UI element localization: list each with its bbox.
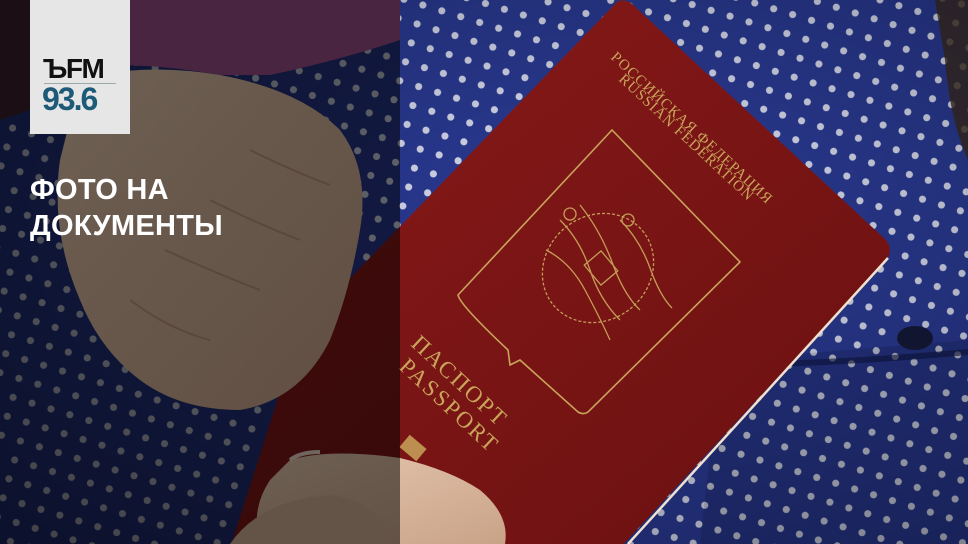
logo-frequency: 93.6 [42, 83, 120, 115]
kommersant-fm-logo: ЪFM 93.6 [30, 0, 130, 134]
logo-brand: ЪFM [43, 55, 119, 83]
cover-card: РОССИЙСКАЯ ФЕДЕРАЦИЯ RUSSIAN FEDERATION … [0, 0, 968, 544]
title-line-1: ФОТО НА [30, 172, 390, 208]
title-line-2: ДОКУМЕНТЫ [30, 208, 390, 244]
cover-title: ФОТО НА ДОКУМЕНТЫ [30, 172, 390, 244]
